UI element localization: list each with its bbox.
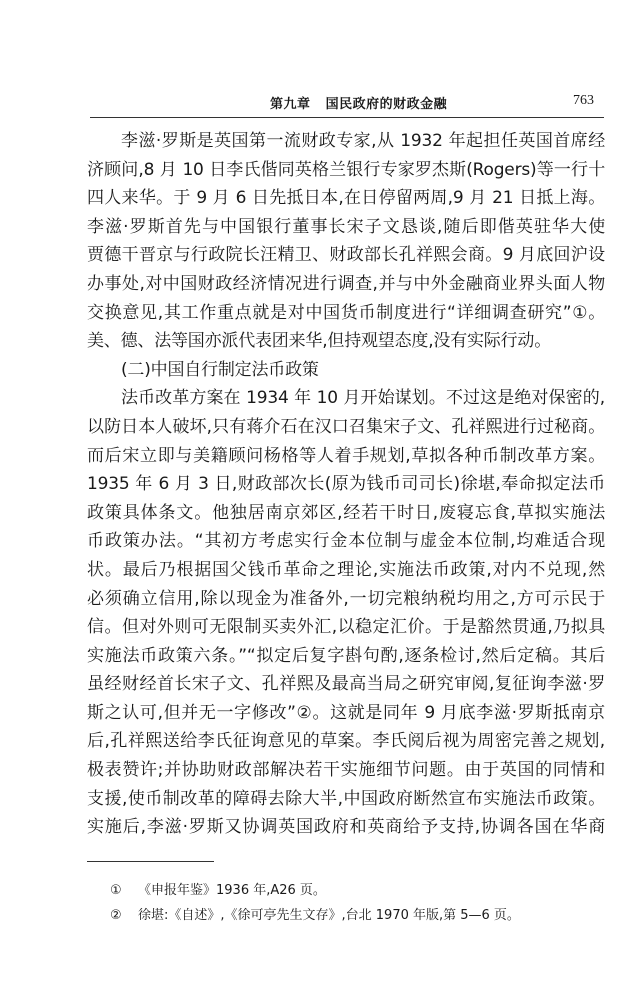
- section-heading: (二)中国自行制定法币政策: [87, 356, 605, 385]
- text-line: 斯之认可,但并无一字修改”②。这就是同年 9 月底李滋·罗斯抵南京: [87, 699, 605, 728]
- text-line: 实施法币政策六条。”“拟定后复字斟句酌,逐条检讨,然后定稿。其后: [87, 642, 605, 671]
- text-line: 币政策办法。“其初方考虑实行金本位制与虚金本位制,均难适合现: [87, 527, 605, 556]
- text-line: 政策具体条文。他独居南京郊区,经若干时日,废寝忘食,草拟实施法: [87, 499, 605, 528]
- chapter-title: 第九章 国民政府的财政金融: [270, 93, 447, 112]
- footnote-text: 徐堪:《自述》,《徐可亭先生文存》,台北 1970 年版,第 5—6 页。: [138, 908, 520, 923]
- text-line: 法币改革方案在 1934 年 10 月开始谋划。不过这是绝对保密的,: [87, 384, 605, 413]
- text-line: 支援,使币制改革的障碍去除大半,中国政府断然宣布实施法币政策。: [87, 785, 605, 814]
- text-line: 状。最后乃根据国父钱币革命之理论,实施法币政策,对内不兑现,然: [87, 556, 605, 585]
- text-line: 实施后,李滋·罗斯又协调英国政府和英商给予支持,协调各国在华商: [87, 813, 605, 842]
- text-line: 四人来华。于 9 月 6 日先抵日本,在日停留两周,9 月 21 日抵上海。: [87, 184, 605, 213]
- text-line: 1935 年 6 月 3 日,财政部次长(原为钱币司司长)徐堪,奉命拟定法币: [87, 470, 605, 499]
- page-number: 763: [573, 93, 594, 109]
- text-line: 李滋·罗斯是英国第一流财政专家,从 1932 年起担任英国首席经: [87, 127, 605, 156]
- footnote: ②徐堪:《自述》,《徐可亭先生文存》,台北 1970 年版,第 5—6 页。: [110, 903, 610, 928]
- text-line: 济顾问,8 月 10 日李氏偕同英格兰银行专家罗杰斯(Rogers)等一行十: [87, 156, 605, 185]
- text-line: 虽经财经首长宋子文、孔祥熙及最高当局之研究审阅,复征询李滋·罗: [87, 670, 605, 699]
- text-line: 李滋·罗斯首先与中国银行董事长宋子文恳谈,随后即偕英驻华大使: [87, 213, 605, 242]
- footnote-text: 《申报年鉴》1936 年,A26 页。: [138, 883, 326, 898]
- text-line: 贾德干晋京与行政院长汪精卫、财政部长孔祥熙会商。9 月底回沪设: [87, 241, 605, 270]
- text-line: 以防日本人破坏,只有蒋介石在汉口召集宋子文、孔祥熙进行过秘商。: [87, 413, 605, 442]
- footnote-mark: ②: [110, 903, 138, 928]
- header-rule: [90, 117, 604, 118]
- text-line: 而后宋立即与美籍顾问杨格等人着手规划,草拟各种币制改革方案。: [87, 442, 605, 471]
- text-line: 美、德、法等国亦派代表团来华,但持观望态度,没有实际行动。: [87, 327, 605, 356]
- footnotes: ①《申报年鉴》1936 年,A26 页。②徐堪:《自述》,《徐可亭先生文存》,台…: [110, 878, 610, 928]
- footnote-rule: [87, 861, 214, 862]
- text-line: 必须确立信用,除以现金为准备外,一切完粮纳税均用之,方可示民于: [87, 585, 605, 614]
- running-head: 第九章 国民政府的财政金融 763: [90, 93, 604, 115]
- footnote: ①《申报年鉴》1936 年,A26 页。: [110, 878, 610, 903]
- body-text: 李滋·罗斯是英国第一流财政专家,从 1932 年起担任英国首席经济顾问,8 月 …: [87, 127, 605, 842]
- footnote-mark: ①: [110, 878, 138, 903]
- text-line: 极表赞许;并协助财政部解决若干实施细节问题。由于英国的同情和: [87, 756, 605, 785]
- text-line: 信。但对外则可无限制买卖外汇,以稳定汇价。于是豁然贯通,乃拟具: [87, 613, 605, 642]
- text-line: 后,孔祥熙送给李氏征询意见的草案。李氏阅后视为周密完善之规划,: [87, 727, 605, 756]
- text-line: 交换意见,其工作重点就是对中国货币制度进行“详细调查研究”①。: [87, 299, 605, 328]
- text-line: 办事处,对中国财政经济情况进行调查,并与中外金融商业界头面人物: [87, 270, 605, 299]
